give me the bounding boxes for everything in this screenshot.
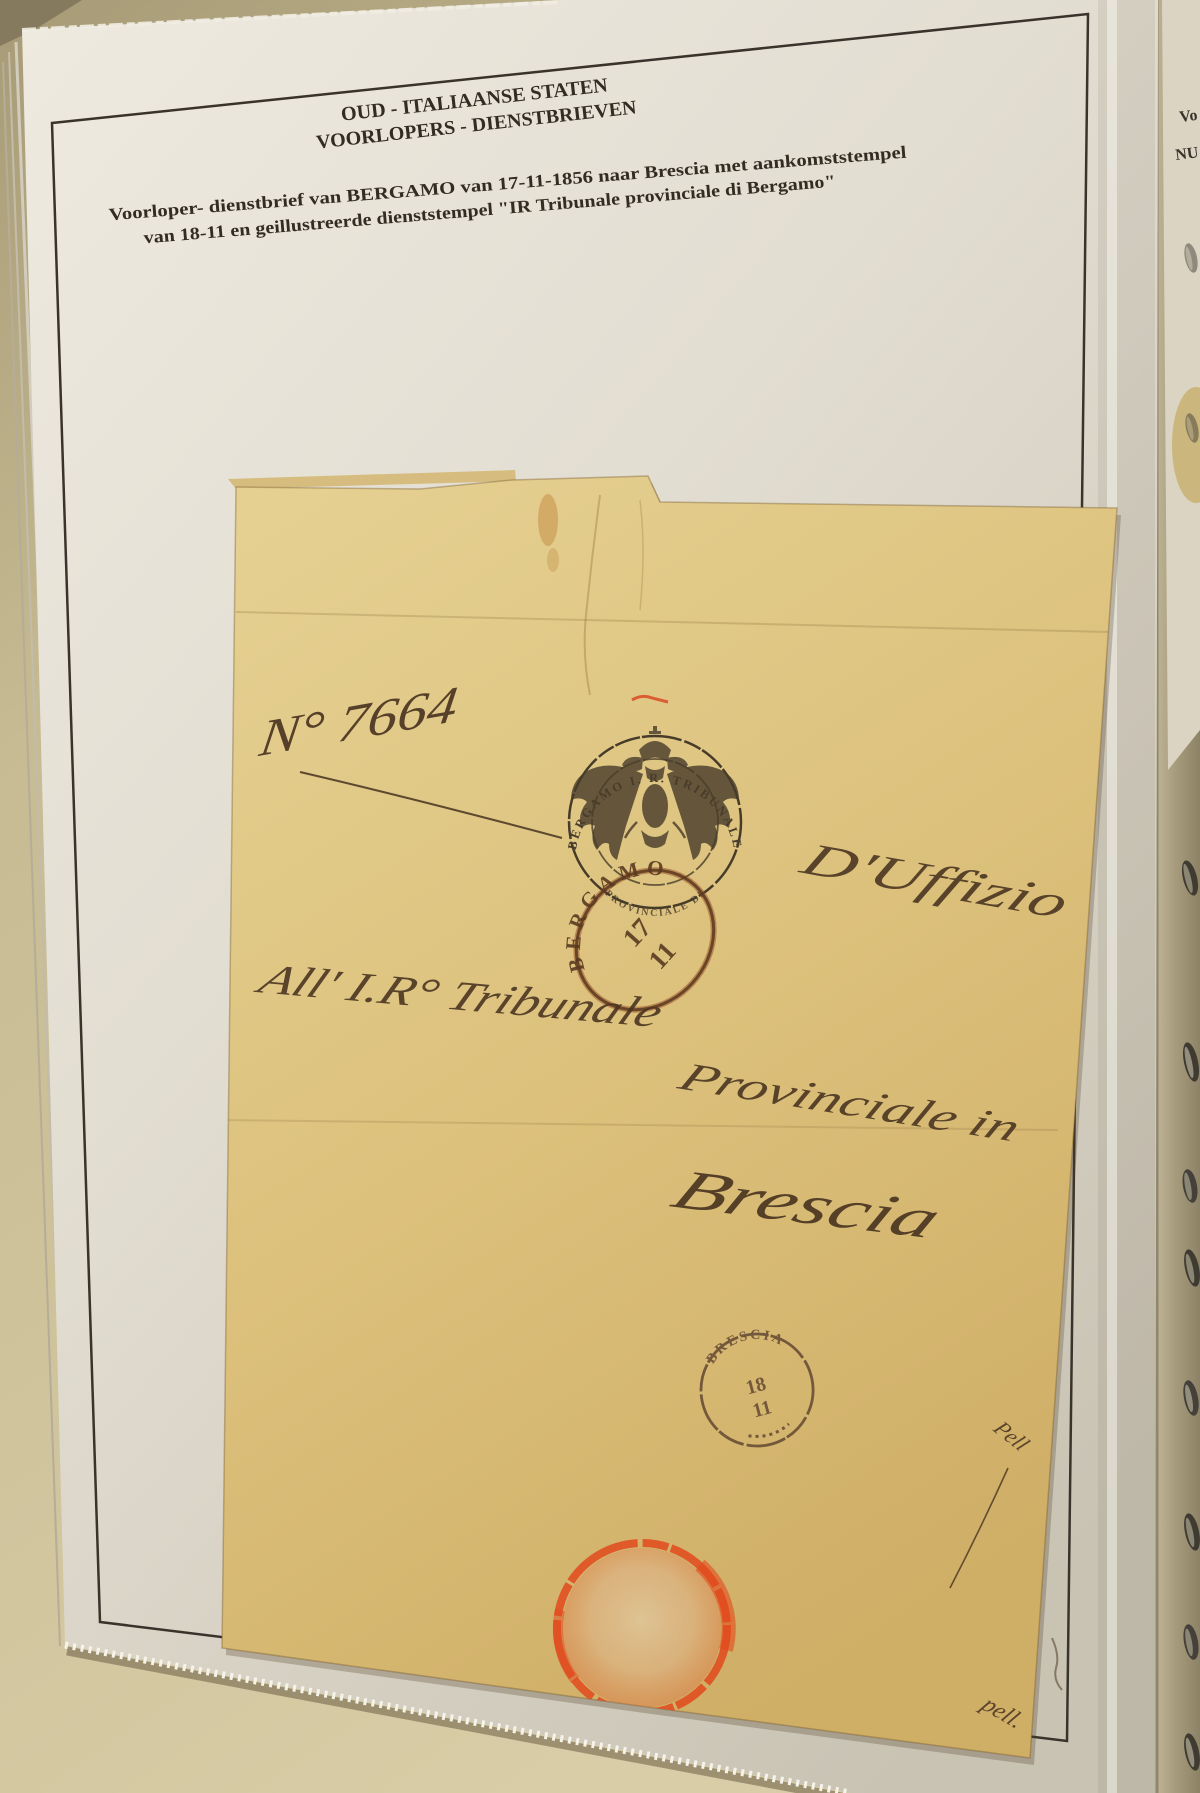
letter-stain: [538, 494, 558, 546]
adjacent-page-text-2: NU: [1174, 144, 1199, 164]
adjacent-page-text-1: Vo: [1178, 107, 1198, 126]
album-photo: Vo NU: [0, 0, 1200, 1793]
adjacent-page: Vo NU: [1162, 0, 1200, 770]
letter-stain: [547, 548, 559, 572]
red-seal: [557, 1543, 729, 1713]
photo-canvas: Vo NU: [0, 0, 1200, 1793]
page-curl-shadow: [1098, 0, 1155, 1793]
